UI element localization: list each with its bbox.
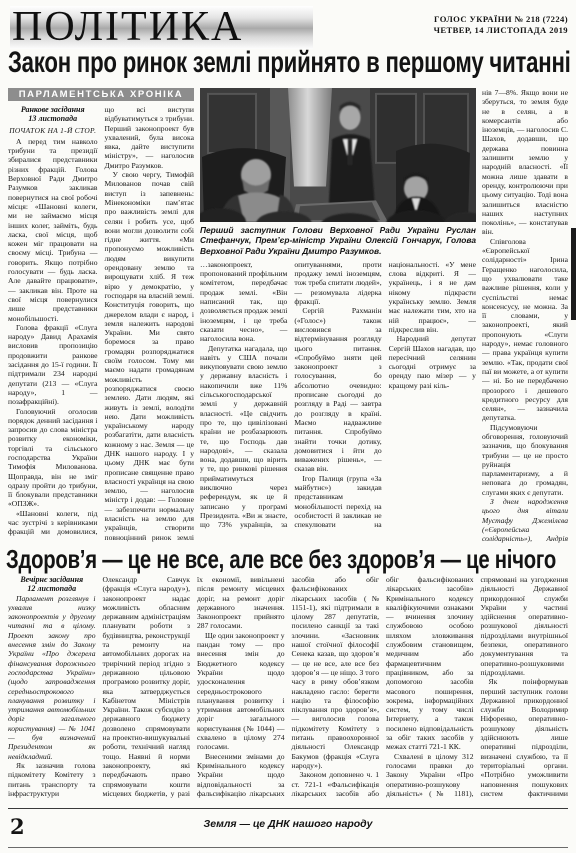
masthead: ПОЛІТИКА ГОЛОС УКРАЇНИ № 218 (7224) ЧЕТВ… bbox=[10, 6, 568, 48]
paragraph: А перед тим навколо трибуни та президії … bbox=[8, 137, 98, 323]
scan-edge-mark bbox=[571, 228, 576, 320]
parliament-photo-art bbox=[200, 88, 476, 222]
second-headline-text: Здоров’я — це не все, але все без здоров… bbox=[6, 544, 556, 575]
paragraph: Вечірнє засідання bbox=[8, 575, 96, 584]
issue-number: ГОЛОС УКРАЇНИ № 218 (7224) bbox=[434, 14, 568, 25]
paragraph: Ще один законопроект у пандан тому — про… bbox=[197, 631, 285, 752]
paragraph: З днем народження цього дня вітали Муста… bbox=[482, 497, 568, 546]
paragraph: …законопроект, пропонований профільним к… bbox=[200, 260, 287, 344]
footer-motto: Земля — це ДНК нашого народу bbox=[8, 818, 568, 830]
photo-caption: Перший заступник Голови Верховної Ради У… bbox=[200, 225, 476, 256]
paragraph: Сергій Рахманін («Голос») також висловив… bbox=[294, 306, 381, 473]
bottom-rule bbox=[8, 847, 568, 848]
paragraph: У свою чергу, Тимофій Милованов почав св… bbox=[105, 105, 195, 545]
paragraph: Ранкове засідання bbox=[8, 105, 98, 114]
paragraph: Народний депутат Сергій Шахов нагадав, щ… bbox=[389, 334, 476, 390]
paragraph: Співголова «Європейської солідарності» І… bbox=[482, 237, 568, 423]
newspaper-page: ПОЛІТИКА ГОЛОС УКРАЇНИ № 218 (7224) ЧЕТВ… bbox=[0, 0, 576, 853]
article-lead: ПАРЛАМЕНТСЬКА ХРОНІКА Ранкове засідання1… bbox=[8, 88, 568, 546]
right-text-column: нів 7—8%. Якщо вони не зберуться, то зем… bbox=[482, 88, 568, 546]
paragraph: ПОЧАТОК НА 1-Й СТОР. bbox=[8, 126, 98, 135]
paragraph: Підсумовуючи обговорення, головуючий заз… bbox=[482, 423, 568, 497]
paragraph: Голова фракції «Слуга народу» Давид Арах… bbox=[8, 323, 98, 407]
paragraph: Парламент розглянув і ухвалив низку зако… bbox=[8, 594, 96, 761]
paragraph: нів 7—8%. Якщо вони не зберуться, то зем… bbox=[482, 88, 568, 237]
parliament-photo bbox=[200, 88, 476, 222]
article-evening: Вечірнє засідання12 листопадаПарламент р… bbox=[8, 575, 568, 805]
main-headline: Закон про ринок землі прийнято в першому… bbox=[8, 46, 576, 80]
issue-date: ЧЕТВЕР, 14 ЛИСТОПАДА 2019 bbox=[434, 25, 568, 36]
page-footer: 2 Земля — це ДНК нашого народу bbox=[8, 808, 568, 845]
photo-block: Перший заступник Голови Верховної Ради У… bbox=[200, 88, 476, 546]
paragraph: 13 листопада bbox=[8, 114, 98, 123]
paragraph: 12 листопада bbox=[8, 584, 96, 593]
second-headline: Здоров’я — це не все, але все без здоров… bbox=[6, 544, 576, 575]
section-banner: ПАРЛАМЕНТСЬКА ХРОНІКА bbox=[8, 88, 194, 101]
issue-info: ГОЛОС УКРАЇНИ № 218 (7224) ЧЕТВЕР, 14 ЛИ… bbox=[434, 14, 568, 36]
center-text-columns: …законопроект, пропонований профільним к… bbox=[200, 260, 476, 536]
article-lead-left: ПАРЛАМЕНТСЬКА ХРОНІКА Ранкове засідання1… bbox=[8, 88, 194, 546]
paragraph: Головуючий оголосив порядок денний засід… bbox=[8, 407, 98, 509]
main-headline-text: Закон про ринок землі прийнято в першому… bbox=[8, 46, 571, 80]
left-text-columns: Ранкове засідання13 листопадаПОЧАТОК НА … bbox=[8, 105, 194, 545]
section-kicker: ПОЛІТИКА bbox=[10, 6, 313, 49]
